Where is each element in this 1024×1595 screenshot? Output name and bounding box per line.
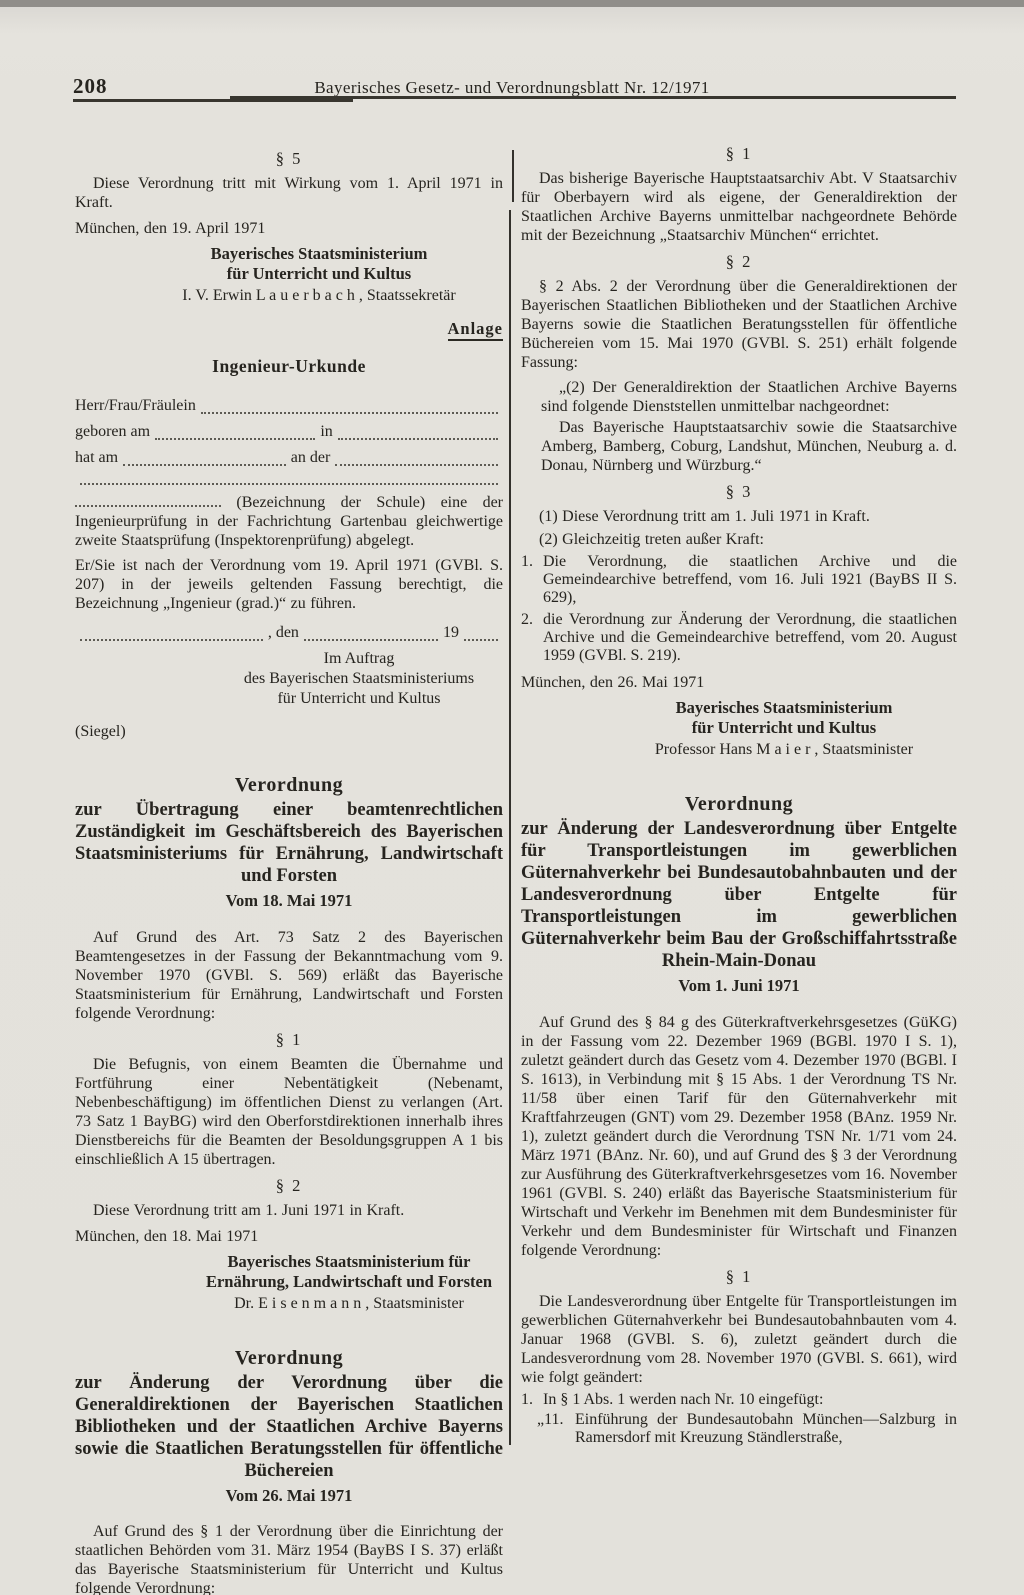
vo3-intro: Auf Grund des § 1 der Verordnung über di… — [75, 1522, 503, 1595]
dotted-leader — [338, 427, 498, 440]
vo2-intro: Auf Grund des Art. 73 Satz 2 des Bayeris… — [75, 928, 503, 1023]
vo4-intro: Auf Grund des § 84 g des Güterkraftverke… — [521, 1013, 957, 1260]
vo2-ministry-block: Bayerisches Staatsministerium für Ernähr… — [195, 1252, 503, 1314]
list-number: „11. — [537, 1411, 575, 1447]
header-title: Bayerisches Gesetz- und Verordnungsblatt… — [0, 78, 1024, 98]
r-quoted-paragraph-2: „(2) Der Generaldirektion der Staatliche… — [541, 378, 957, 416]
vo3-heading-title: Verordnung — [75, 1346, 503, 1370]
dotted-leader — [464, 628, 498, 641]
dotted-leader — [80, 628, 263, 641]
vo4-amend-item-1: 1. In § 1 Abs. 1 werden nach Nr. 10 eing… — [521, 1391, 957, 1409]
dotted-leader — [304, 628, 438, 641]
r-section-3-par-2: (2) Gleichzeitig treten außer Kraft: — [521, 530, 957, 549]
ministry-name-line-2: für Unterricht und Kultus — [135, 264, 503, 284]
r-section-2-mark: § 2 — [521, 252, 957, 272]
column-divider-upper — [512, 150, 514, 202]
vo2-heading-title: Verordnung — [75, 773, 503, 797]
urkunde-title: Ingenieur-Urkunde — [75, 356, 503, 377]
form-label-in: in — [320, 420, 332, 444]
form-line-name: Herr/Frau/Fräulein — [75, 394, 503, 418]
form-label-hat-am: hat am — [75, 446, 118, 470]
vo4-section-1-mark: § 1 — [521, 1267, 957, 1287]
form-line-exam: hat am an der — [75, 446, 503, 470]
vo3-heading-subtitle: zur Änderung der Verordnung über die Gen… — [75, 1372, 503, 1482]
r-section-3-mark: § 3 — [521, 482, 957, 502]
form-label-an-der: an der — [291, 446, 331, 470]
anlage-label: Anlage — [75, 319, 503, 339]
vo4-heading-date: Vom 1. Juni 1971 — [521, 976, 957, 996]
vo2-ministry-line-2: Ernährung, Landwirtschaft und Forsten — [195, 1272, 503, 1292]
vo2-heading-date: Vom 18. Mai 1971 — [75, 891, 503, 911]
vo4-heading: Verordnung zur Änderung der Landesverord… — [521, 792, 957, 996]
r-section-1-mark: § 1 — [521, 144, 957, 164]
im-auftrag-line-1: Im Auftrag — [215, 649, 503, 669]
dotted-leader — [75, 494, 221, 507]
r-section-3-par-1: (1) Diese Verordnung tritt am 1. Juli 19… — [521, 507, 957, 526]
im-auftrag-line-3: für Unterricht und Kultus — [215, 689, 503, 709]
vo2-section-2-text: Diese Verordnung tritt am 1. Juni 1971 i… — [75, 1201, 503, 1220]
r-ministry-block: Bayerisches Staatsministerium für Unterr… — [611, 698, 957, 760]
form-line-born: geboren am in — [75, 420, 503, 444]
list-text: Die Verordnung, die staatlichen Archive … — [543, 553, 957, 607]
vo2-place-date: München, den 18. Mai 1971 — [75, 1227, 503, 1246]
header-rule-right — [230, 96, 956, 99]
list-text: In § 1 Abs. 1 werden nach Nr. 10 eingefü… — [543, 1391, 957, 1409]
vo2-section-1-mark: § 1 — [75, 1030, 503, 1050]
r-section-2-text: § 2 Abs. 2 der Verordnung über die Gener… — [521, 277, 957, 372]
r-section-1-text: Das bisherige Bayerische Hauptstaatsarch… — [521, 169, 957, 245]
vo2-heading-subtitle: zur Übertragung einer beamtenrechtlichen… — [75, 799, 503, 887]
left-column: § 5 Diese Verordnung tritt mit Wirkung v… — [75, 142, 503, 1595]
dotted-leader — [335, 453, 498, 466]
signer-maier: Professor Hans M a i e r , Staatsministe… — [611, 739, 957, 760]
list-number: 1. — [521, 553, 543, 607]
list-text: die Verordnung zur Änderung der Verordnu… — [543, 611, 957, 665]
signer-lauerbach: I. V. Erwin L a u e r b a c h , Staatsse… — [135, 285, 503, 306]
section-5-mark: § 5 — [75, 149, 503, 169]
dotted-leader — [155, 427, 315, 440]
dotted-leader — [123, 453, 286, 466]
dotted-leader — [80, 472, 498, 485]
r-repeal-item-1: 1. Die Verordnung, die staatlichen Archi… — [521, 553, 957, 607]
form-label-herr-frau-fraeulein: Herr/Frau/Fräulein — [75, 394, 196, 418]
section-5-text: Diese Verordnung tritt mit Wirkung vom 1… — [75, 174, 503, 212]
date-signature-line: , den 19 — [75, 621, 503, 645]
signer-eisenmann: Dr. E i s e n m a n n , Staatsminister — [195, 1293, 503, 1314]
form-label-year: 19 — [443, 621, 459, 645]
vo4-heading-title: Verordnung — [521, 792, 957, 816]
im-auftrag-line-2: des Bayerischen Staatsministeriums — [215, 669, 503, 689]
school-designation-paragraph: (Bezeichnung der Schule) eine der Ingeni… — [75, 493, 503, 550]
vo4-heading-subtitle: zur Änderung der Landesverordnung über E… — [521, 818, 957, 972]
list-number: 2. — [521, 611, 543, 665]
vo2-section-1-text: Die Befugnis, von einem Beamten die Über… — [75, 1055, 503, 1169]
vo2-heading: Verordnung zur Übertragung einer beamten… — [75, 773, 503, 911]
column-divider-lower — [509, 210, 511, 1445]
vo3-heading-date: Vom 26. Mai 1971 — [75, 1486, 503, 1506]
section-5-place-date: München, den 19. April 1971 — [75, 219, 503, 238]
right-column: § 1 Das bisherige Bayerische Hauptstaats… — [521, 142, 957, 1447]
vo3-heading: Verordnung zur Änderung der Verordnung ü… — [75, 1346, 503, 1506]
gazette-page: 208 Bayerisches Gesetz- und Verordnungsb… — [0, 0, 1024, 1595]
r-quoted-archive-list: Das Bayerische Hauptstaatsarchiv sowie d… — [541, 418, 957, 475]
form-label-den: , den — [268, 621, 299, 645]
r-place-date: München, den 26. Mai 1971 — [521, 673, 957, 692]
vo2-ministry-line-1: Bayerisches Staatsministerium für — [195, 1252, 503, 1272]
im-auftrag-block: Im Auftrag des Bayerischen Staatsministe… — [215, 649, 503, 709]
vo2-section-2-mark: § 2 — [75, 1176, 503, 1196]
scan-top-edge — [0, 0, 1024, 7]
vo4-inserted-item-11: „11. Einführung der Bundesautobahn Münch… — [537, 1411, 957, 1447]
list-text: Einführung der Bundesautobahn München—Sa… — [575, 1411, 957, 1447]
list-number: 1. — [521, 1391, 543, 1409]
ministry-name-line-1: Bayerisches Staatsministerium — [135, 244, 503, 264]
entitlement-paragraph: Er/Sie ist nach der Verordnung vom 19. A… — [75, 556, 503, 613]
ministry-block-unterricht-kultus: Bayerisches Staatsministerium für Unterr… — [135, 244, 503, 306]
dotted-leader — [201, 401, 498, 414]
form-label-geboren-am: geboren am — [75, 420, 150, 444]
header-rule-left — [73, 99, 353, 102]
siegel-label: (Siegel) — [75, 722, 503, 741]
vo4-section-1-text: Die Landesverordnung über Entgelte für T… — [521, 1292, 957, 1387]
r-repeal-item-2: 2. die Verordnung zur Änderung der Veror… — [521, 611, 957, 665]
form-line-blank — [75, 472, 503, 489]
r-ministry-line-2: für Unterricht und Kultus — [611, 718, 957, 738]
r-ministry-line-1: Bayerisches Staatsministerium — [611, 698, 957, 718]
